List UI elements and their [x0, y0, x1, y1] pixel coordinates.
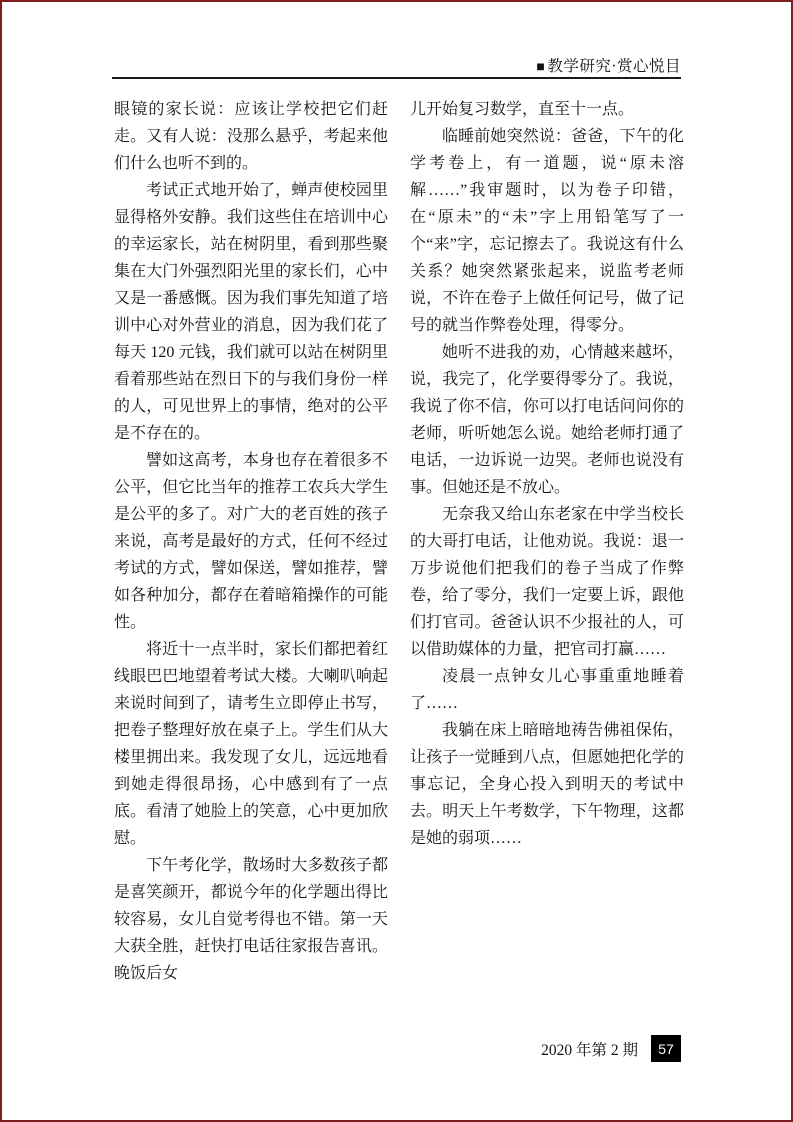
paragraph: 考试正式地开始了，蝉声使校园里显得格外安静。我们这些住在培训中心的幸运家长，站在…	[114, 177, 388, 447]
page-footer: 2020 年第 2 期 57	[541, 1035, 681, 1062]
paragraph: 凌晨一点钟女儿心事重重地睡着了……	[410, 663, 684, 717]
magazine-page: ■教学研究·赏心悦目 眼镜的家长说：应该让学校把它们赶走。又有人说：没那么悬乎，…	[0, 0, 793, 1122]
paragraph: 下午考化学，散场时大多数孩子都是喜笑颜开，都说今年的化学题出得比较容易，女儿自觉…	[114, 852, 388, 987]
paragraph: 譬如这高考，本身也存在着很多不公平，但它比当年的推荐工农兵大学生是公平的多了。对…	[114, 447, 388, 636]
left-column: 眼镜的家长说：应该让学校把它们赶走。又有人说：没那么悬乎，考起来他们什么也听不到…	[114, 96, 388, 987]
right-column: 儿开始复习数学，直至十一点。临睡前她突然说：爸爸，下午的化学考卷上，有一道题，说…	[410, 96, 684, 987]
paragraph: 眼镜的家长说：应该让学校把它们赶走。又有人说：没那么悬乎，考起来他们什么也听不到…	[114, 96, 388, 177]
square-marker-icon: ■	[536, 60, 545, 76]
header-title: 教学研究·赏心悦目	[547, 58, 681, 75]
paragraph: 临睡前她突然说：爸爸，下午的化学考卷上，有一道题，说“原未溶解……”我审题时，以…	[410, 123, 684, 339]
paragraph: 无奈我又给山东老家在中学当校长的大哥打电话，让他劝说。我说：退一万步说他们把我们…	[410, 501, 684, 663]
page-number-badge: 57	[651, 1035, 681, 1062]
paragraph: 我躺在床上暗暗地祷告佛祖保佑，让孩子一觉睡到八点，但愿她把化学的事忘记，全身心投…	[410, 717, 684, 852]
header-rule	[112, 77, 681, 79]
issue-label: 2020 年第 2 期	[541, 1038, 638, 1060]
article-body: 眼镜的家长说：应该让学校把它们赶走。又有人说：没那么悬乎，考起来他们什么也听不到…	[114, 96, 684, 987]
paragraph: 将近十一点半时，家长们都把着红线眼巴巴地望着考试大楼。大喇叭响起来说时间到了，请…	[114, 636, 388, 852]
paragraph: 她听不进我的劝，心情越来越坏，说，我完了，化学要得零分了。我说，我说了你不信，你…	[410, 339, 684, 501]
page-header: ■教学研究·赏心悦目	[112, 54, 681, 76]
paragraph: 儿开始复习数学，直至十一点。	[410, 96, 684, 123]
